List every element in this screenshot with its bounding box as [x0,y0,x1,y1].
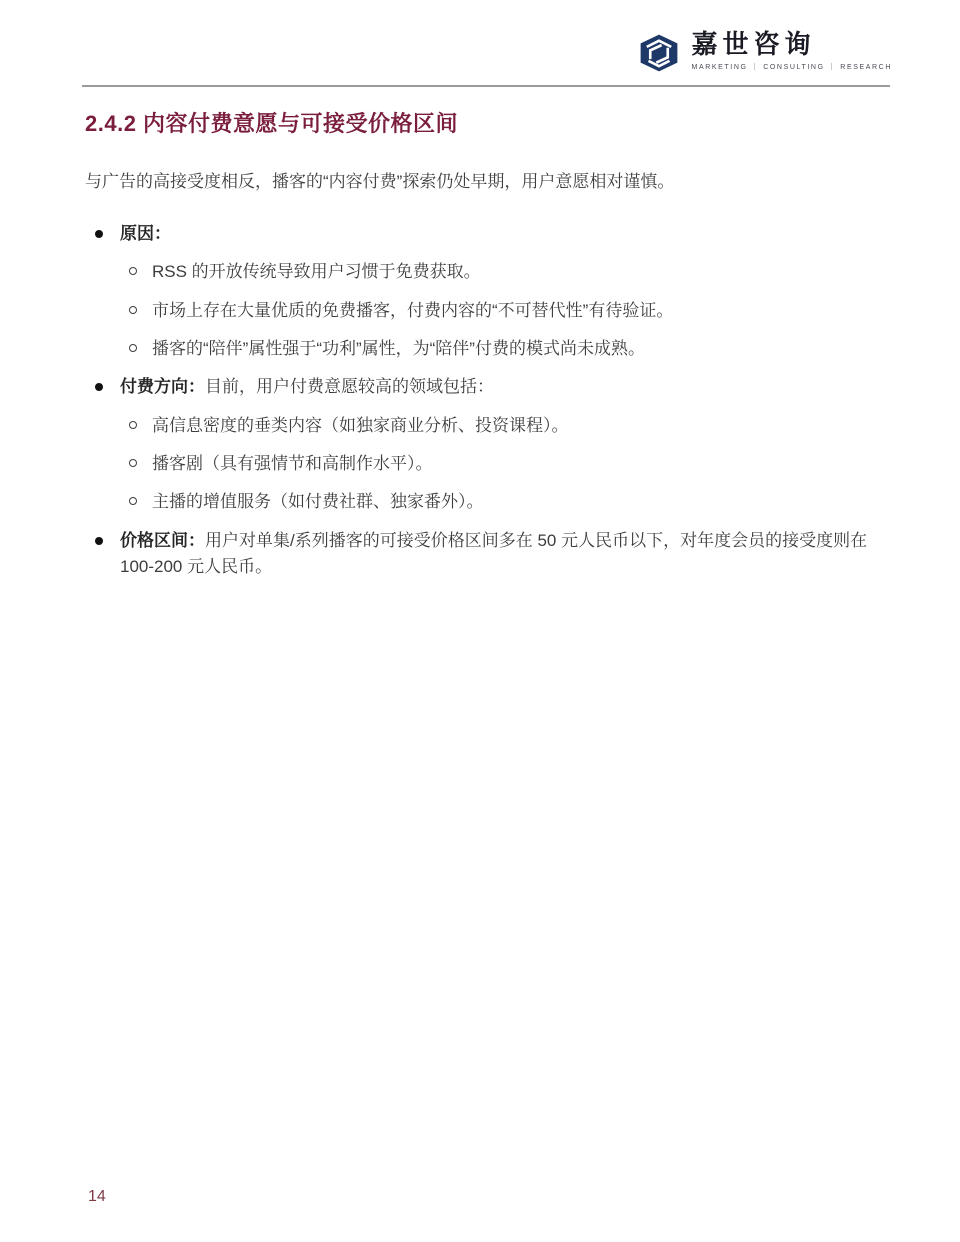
page-number: 14 [88,1188,106,1206]
list-item: 原因： RSS 的开放传统导致用户习惯于免费获取。 市场上存在大量优质的免费播客… [85,221,890,362]
bullet-circle-icon [129,306,137,314]
sub-list-item: 播客剧（具有强情节和高制作水平）。 [120,451,890,477]
sub-bullet-text: 高信息密度的垂类内容（如独家商业分析、投资课程）。 [152,416,569,435]
section-heading: 2.4.2 内容付费意愿与可接受价格区间 [85,110,890,139]
sub-bullet-text: 播客的“陪伴”属性强于“功利”属性，为“陪伴”付费的模式尚未成熟。 [152,339,645,358]
bullet-dot-icon [95,383,103,391]
sub-bullet-list: RSS 的开放传统导致用户习惯于免费获取。 市场上存在大量优质的免费播客，付费内… [120,259,890,362]
bullet-label: 价格区间： [120,531,205,550]
list-item: 付费方向：目前，用户付费意愿较高的领域包括： 高信息密度的垂类内容（如独家商业分… [85,374,890,515]
sub-bullet-list: 高信息密度的垂类内容（如独家商业分析、投资课程）。 播客剧（具有强情节和高制作水… [120,413,890,516]
report-page: 嘉世咨询 MARKETING ｜ CONSULTING ｜ RESEARCH 2… [0,0,960,1242]
bullet-circle-icon [129,459,137,467]
bullet-list: 原因： RSS 的开放传统导致用户习惯于免费获取。 市场上存在大量优质的免费播客… [85,221,890,580]
bullet-circle-icon [129,421,137,429]
sub-list-item: 播客的“陪伴”属性强于“功利”属性，为“陪伴”付费的模式尚未成熟。 [120,336,890,362]
company-logo-icon [638,32,680,74]
bullet-circle-icon [129,267,137,275]
sub-bullet-text: 播客剧（具有强情节和高制作水平）。 [152,454,433,473]
sub-list-item: RSS 的开放传统导致用户习惯于免费获取。 [120,259,890,285]
bullet-circle-icon [129,497,137,505]
header: 嘉世咨询 MARKETING ｜ CONSULTING ｜ RESEARCH [638,30,892,74]
bullet-dot-icon [95,537,103,545]
sub-bullet-text: 市场上存在大量优质的免费播客，付费内容的“不可替代性”有待验证。 [152,301,673,320]
document-body: 2.4.2 内容付费意愿与可接受价格区间 与广告的高接受度相反，播客的“内容付费… [85,110,890,592]
list-item: 价格区间：用户对单集/系列播客的可接受价格区间多在 50 元人民币以下，对年度会… [85,528,890,581]
header-divider [82,85,890,87]
bullet-circle-icon [129,344,137,352]
sub-bullet-text: 主播的增值服务（如付费社群、独家番外）。 [152,492,484,511]
sub-list-item: 市场上存在大量优质的免费播客，付费内容的“不可替代性”有待验证。 [120,298,890,324]
sub-bullet-text: RSS 的开放传统导致用户习惯于免费获取。 [152,262,481,281]
intro-paragraph: 与广告的高接受度相反，播客的“内容付费”探索仍处早期，用户意愿相对谨慎。 [85,169,890,195]
bullet-text: 目前，用户付费意愿较高的领域包括： [205,377,494,396]
sub-list-item: 高信息密度的垂类内容（如独家商业分析、投资课程）。 [120,413,890,439]
bullet-label: 付费方向： [120,377,205,396]
bullet-dot-icon [95,230,103,238]
bullet-label: 原因： [120,224,171,243]
sub-list-item: 主播的增值服务（如付费社群、独家番外）。 [120,489,890,515]
bullet-text: 用户对单集/系列播客的可接受价格区间多在 50 元人民币以下，对年度会员的接受度… [120,531,867,576]
logo-text-block: 嘉世咨询 MARKETING ｜ CONSULTING ｜ RESEARCH [692,30,892,72]
company-name: 嘉世咨询 [692,30,816,59]
company-tagline: MARKETING ｜ CONSULTING ｜ RESEARCH [692,62,892,72]
